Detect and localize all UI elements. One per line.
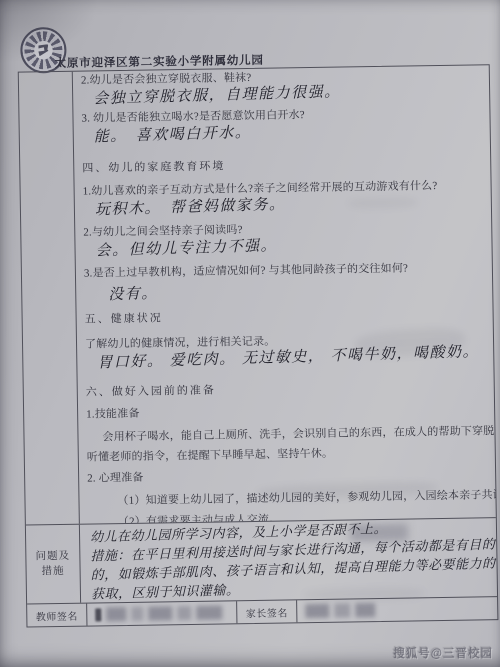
questionnaire-content: 2.幼儿是否会独立穿脱衣服、鞋袜? 会独立穿脱衣服，自理能力很强。 3. 幼儿是… (73, 65, 496, 523)
psych-prep-title: 2. 心理准备 (87, 466, 489, 485)
problems-content: 幼儿在幼儿园所学习内容，及上小学是否跟不上。 措施：在平日里利用接送时间与家长进… (80, 518, 497, 603)
parent-signature-label: 家长签名 (237, 600, 297, 623)
section6-title: 六、做好入园前的准备 (86, 380, 488, 399)
problems-label: 问题及措施 (26, 525, 81, 604)
section4-title: 四、幼儿的家庭教育环境 (82, 156, 484, 175)
teacher-signature-label: 教师签名 (27, 604, 87, 627)
empty-label-cell (19, 72, 80, 525)
sohu-watermark: 搜狐号@三晋校园 (393, 645, 493, 661)
skill-prep-title: 1.技能准备 (86, 402, 488, 421)
skill-prep-line1: 会用杯子喝水，能自己上厕所、洗手，会识别自己的东西，在成人的帮助下穿脱衣服， (86, 425, 488, 444)
parent-signature-redacted (297, 597, 497, 622)
paper-sheet: 太原市迎泽区第二实验小学附属幼儿园 2.幼儿是否会独立穿脱衣服、鞋袜? 会独立穿… (0, 0, 500, 667)
questionnaire-row: 2.幼儿是否会独立穿脱衣服、鞋袜? 会独立穿脱衣服，自理能力很强。 3. 幼儿是… (19, 65, 496, 524)
teacher-signature-redacted (87, 601, 237, 625)
document-photo: 太原市迎泽区第二实验小学附属幼儿园 2.幼儿是否会独立穿脱衣服、鞋袜? 会独立穿… (0, 0, 500, 667)
skill-prep-line2: 听懂老师的指令，在提醒下早睡早起、坚持午休。 (87, 445, 489, 464)
section5-title: 五、健康状况 (85, 307, 487, 326)
signature-stroke (95, 608, 101, 621)
problems-row: 问题及措施 幼儿在幼儿园所学习内容，及上小学是否跟不上。 措施：在平日里利用接送… (26, 517, 497, 603)
